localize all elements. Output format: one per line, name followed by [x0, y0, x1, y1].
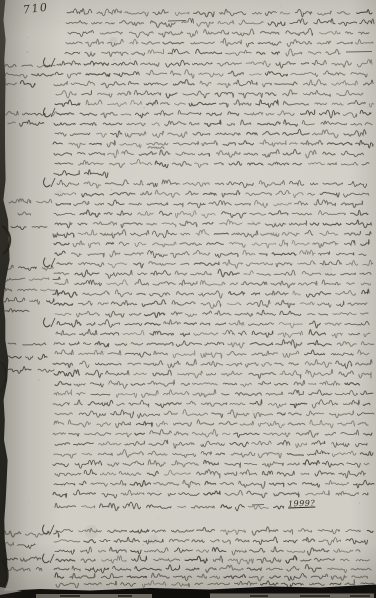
handwriting-facsimile-layer	[0, 0, 376, 598]
manuscript-page: 710 1999?	[0, 0, 376, 598]
year-annotation-fragment: 1999?	[288, 499, 315, 509]
